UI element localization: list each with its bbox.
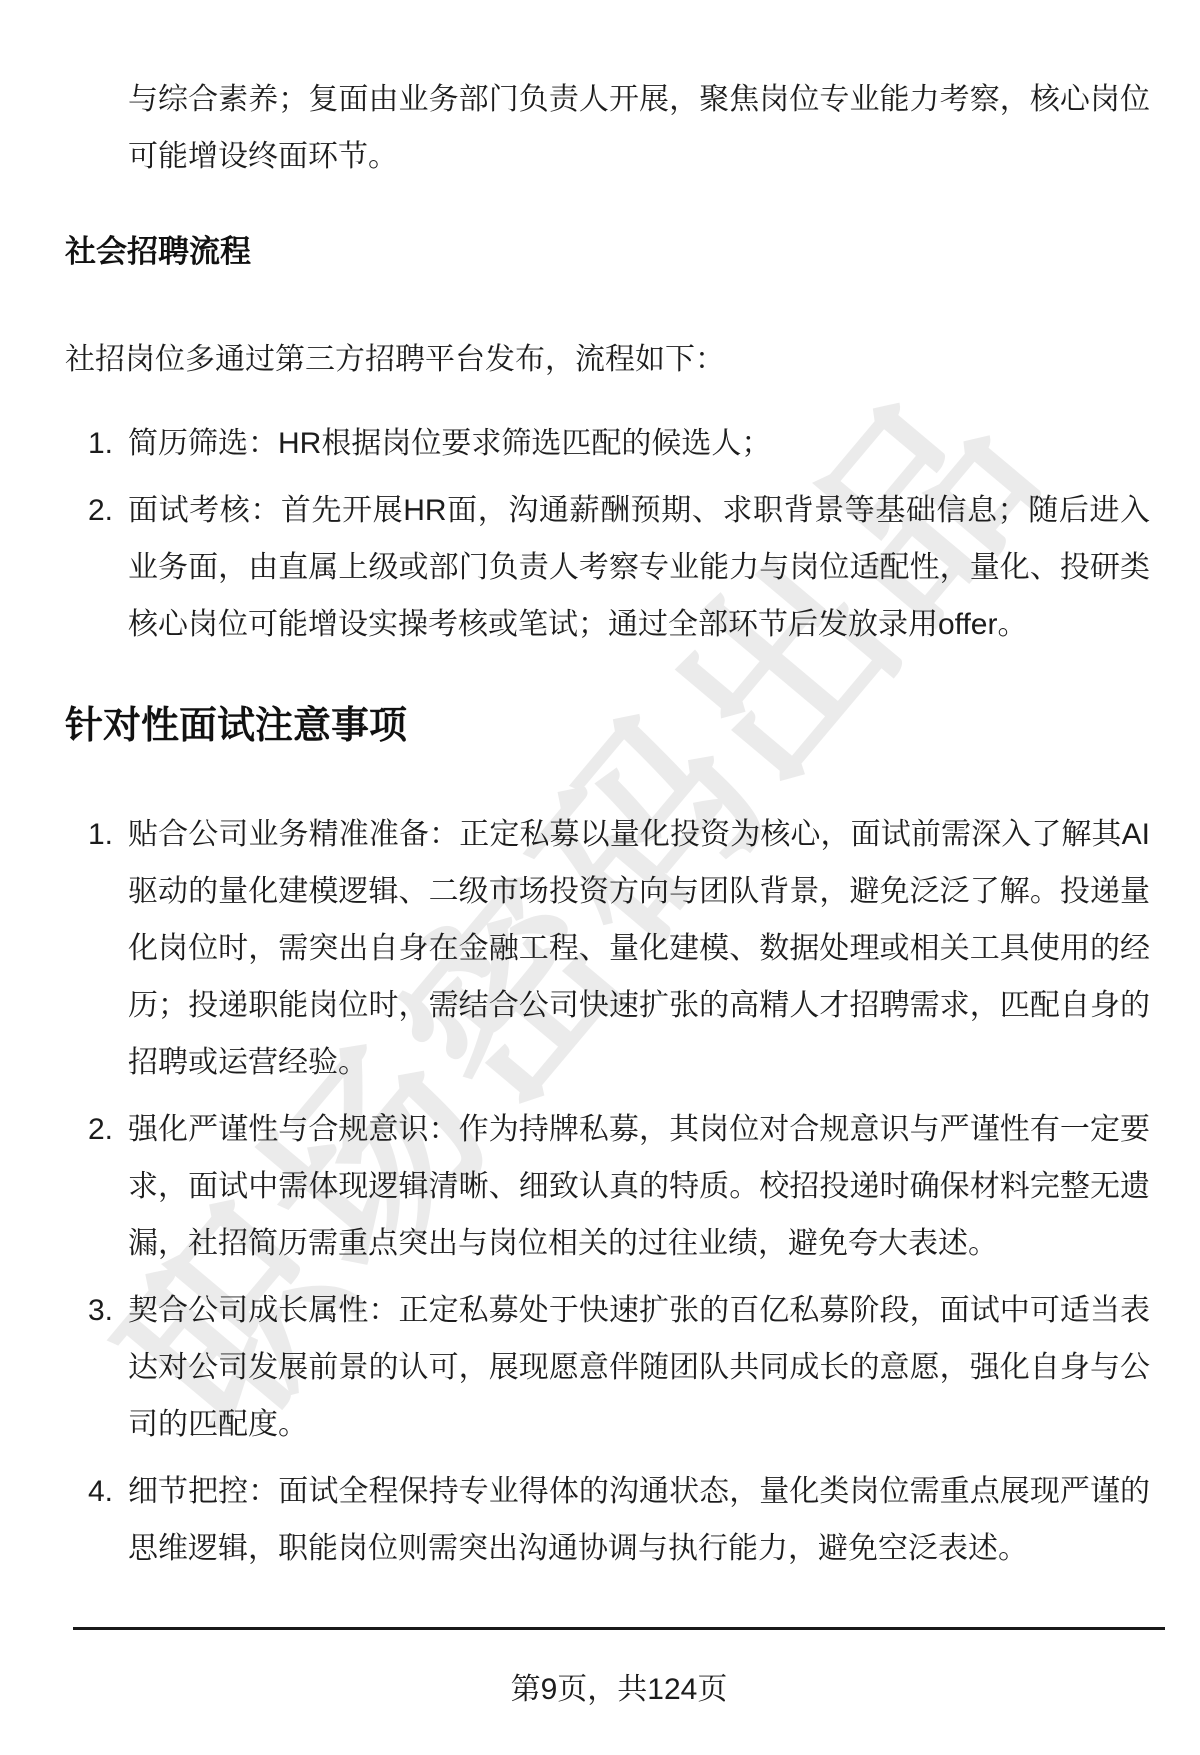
list-item: 2. 强化严谨性与合规意识：作为持牌私募，其岗位对合规意识与严谨性有一定要求，面… bbox=[65, 1101, 1150, 1272]
social-recruitment-intro: 社招岗位多通过第三方招聘平台发布，流程如下： bbox=[65, 331, 1150, 388]
list-item-number: 1. bbox=[88, 415, 128, 472]
list-item-text: 面试考核：首先开展HR面，沟通薪酬预期、求职背景等基础信息；随后进入业务面，由直… bbox=[128, 482, 1150, 653]
interview-notes-list: 1. 贴合公司业务精准准备：正定私募以量化投资为核心，面试前需深入了解其AI驱动… bbox=[65, 806, 1150, 1577]
section-heading-interview-notes: 针对性面试注意事项 bbox=[65, 700, 1150, 752]
list-item-text: 契合公司成长属性：正定私募处于快速扩张的百亿私募阶段，面试中可适当表达对公司发展… bbox=[128, 1282, 1150, 1453]
list-item-number: 4. bbox=[88, 1463, 128, 1577]
list-item-number: 3. bbox=[88, 1282, 128, 1453]
section-heading-social-recruitment: 社会招聘流程 bbox=[65, 230, 1150, 274]
list-item-text: 细节把控：面试全程保持专业得体的沟通状态，量化类岗位需重点展现严谨的思维逻辑，职… bbox=[128, 1463, 1150, 1577]
list-item-text: 贴合公司业务精准准备：正定私募以量化投资为核心，面试前需深入了解其AI驱动的量化… bbox=[128, 806, 1150, 1091]
list-item: 3. 契合公司成长属性：正定私募处于快速扩张的百亿私募阶段，面试中可适当表达对公… bbox=[65, 1282, 1150, 1453]
page-number: 第9页，共124页 bbox=[73, 1668, 1165, 1712]
list-item: 2. 面试考核：首先开展HR面，沟通薪酬预期、求职背景等基础信息；随后进入业务面… bbox=[65, 482, 1150, 653]
list-item-text: 简历筛选：HR根据岗位要求筛选匹配的候选人； bbox=[128, 415, 1150, 472]
document-page: 职场密码出品 与综合素养；复面由业务部门负责人开展，聚焦岗位专业能力考察，核心岗… bbox=[0, 0, 1200, 1755]
page-content: 与综合素养；复面由业务部门负责人开展，聚焦岗位专业能力考察，核心岗位可能增设终面… bbox=[0, 0, 1200, 1577]
list-item-number: 2. bbox=[88, 1101, 128, 1272]
list-item-number: 1. bbox=[88, 806, 128, 1091]
list-item: 1. 贴合公司业务精准准备：正定私募以量化投资为核心，面试前需深入了解其AI驱动… bbox=[65, 806, 1150, 1091]
list-item: 1. 简历筛选：HR根据岗位要求筛选匹配的候选人； bbox=[65, 415, 1150, 472]
social-process-list: 1. 简历筛选：HR根据岗位要求筛选匹配的候选人； 2. 面试考核：首先开展HR… bbox=[65, 415, 1150, 653]
list-item-number: 2. bbox=[88, 482, 128, 653]
continuation-paragraph: 与综合素养；复面由业务部门负责人开展，聚焦岗位专业能力考察，核心岗位可能增设终面… bbox=[128, 71, 1150, 185]
list-item: 4. 细节把控：面试全程保持专业得体的沟通状态，量化类岗位需重点展现严谨的思维逻… bbox=[65, 1463, 1150, 1577]
list-item-text: 强化严谨性与合规意识：作为持牌私募，其岗位对合规意识与严谨性有一定要求，面试中需… bbox=[128, 1101, 1150, 1272]
footer-divider bbox=[73, 1627, 1165, 1630]
